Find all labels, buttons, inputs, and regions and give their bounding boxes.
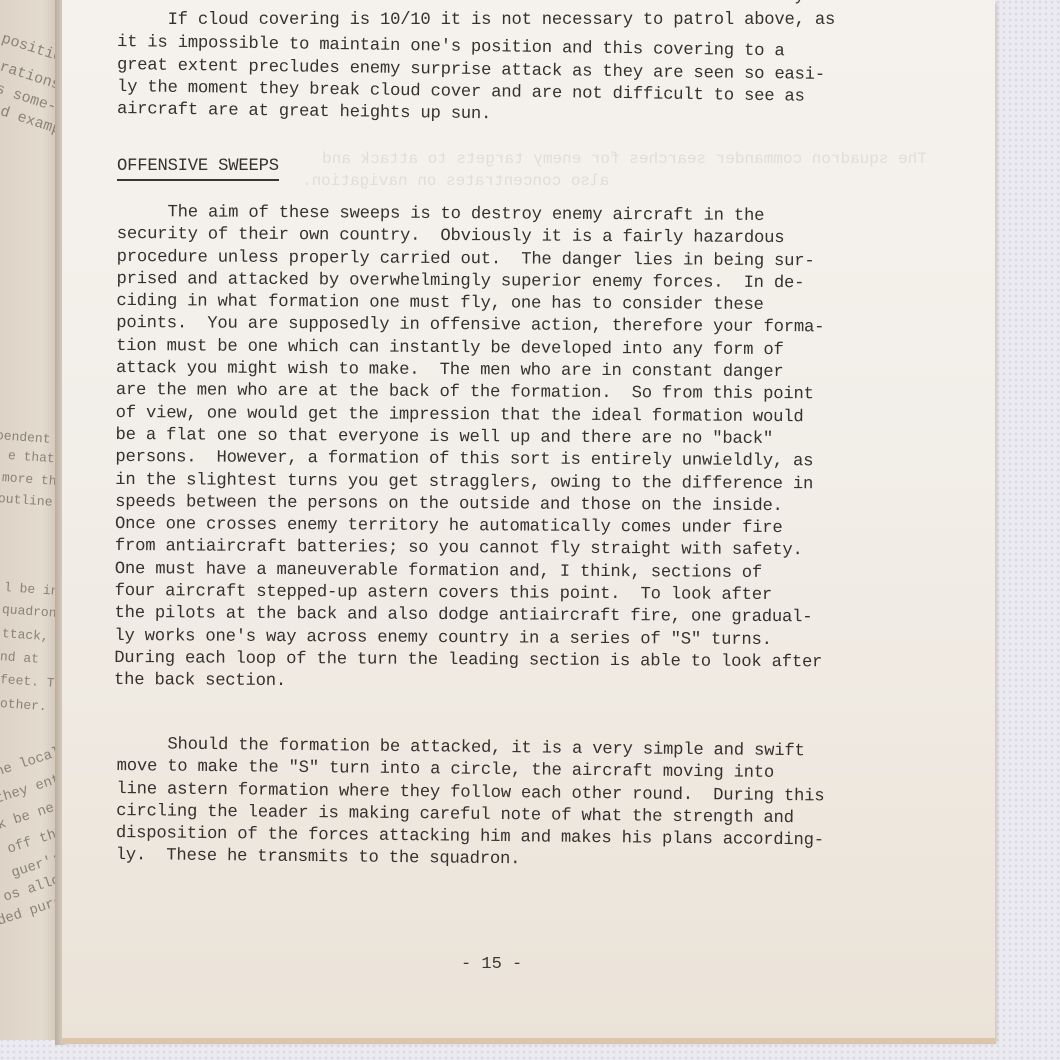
facing-page-fragment: pendent [0, 428, 51, 447]
text-line: If cloud covering is 10/10 it is not nec… [117, 0, 835, 32]
paragraph-formation-attacked: Should the formation be attacked, it is … [116, 734, 825, 875]
paragraph-cloud-cover: If cloud covering is 10/10 it is not nec… [117, 0, 835, 121]
facing-page-fragment: nd at [0, 649, 39, 667]
facing-page: position a rations t s some- od exampl p… [0, 0, 60, 1040]
facing-page-fragment: feet. Th [0, 672, 60, 691]
text-line: the back section. [114, 670, 822, 697]
bleed-through-text: also concentrates on navigation. [302, 172, 609, 190]
facing-page-fragment: quadron [1, 602, 57, 621]
page-number: - 15 - [461, 955, 522, 974]
facing-page-fragment: other. [0, 696, 47, 714]
facing-page-fragment: ttack, [1, 626, 49, 644]
page-edge [62, 1038, 996, 1044]
facing-page-fragment: more thi [1, 470, 60, 489]
facing-page-fragment: e that [7, 448, 55, 466]
facing-page-fragment: l be in [3, 580, 59, 599]
section-heading: OFFENSIVE SWEEPS [117, 156, 279, 181]
bleed-through-text: The squadron commander searches for enem… [322, 150, 927, 168]
facing-page-fragment: outline [0, 491, 53, 510]
paragraph-offensive-sweeps: The aim of these sweeps is to destroy en… [114, 202, 825, 697]
